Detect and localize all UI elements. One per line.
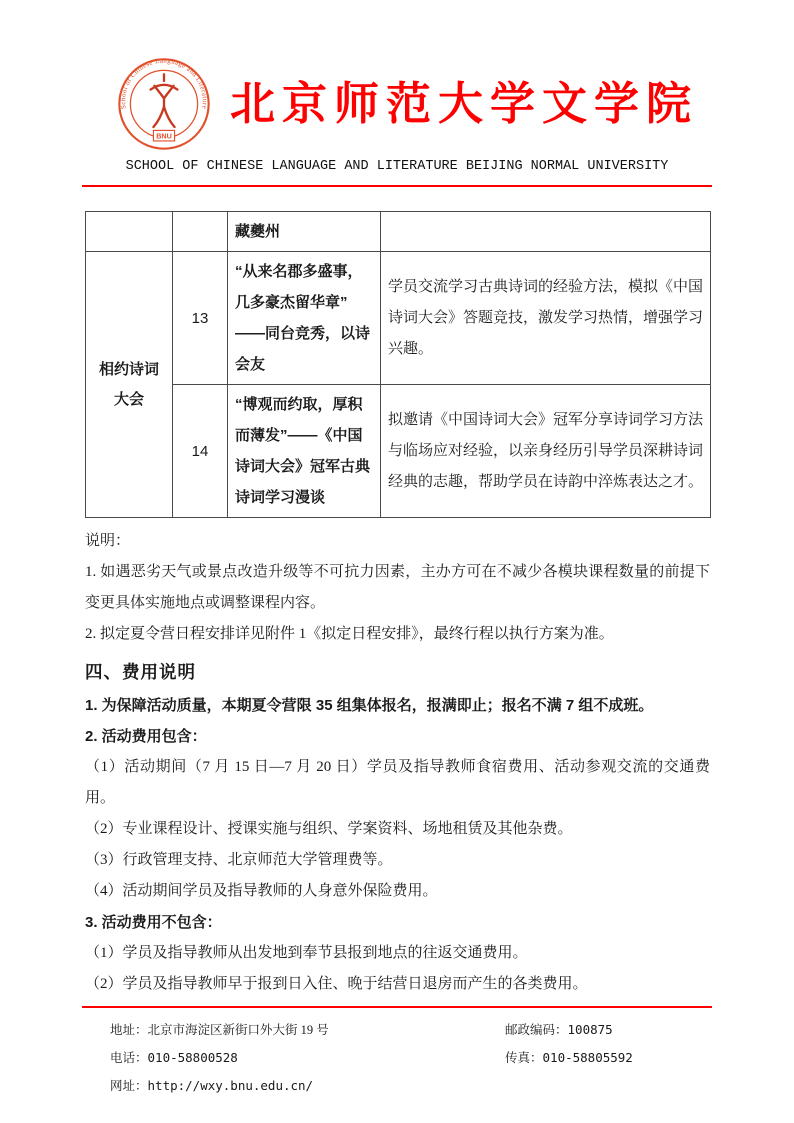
cell-session-desc: 学员交流学习古典诗词的经验方法，模拟《中国诗词大会》答题竞技，激发学习热情，增强… [381, 252, 711, 385]
cell-category-poetry-meet: 相约诗词大会 [86, 252, 173, 518]
footer-row-phone: 电话：010-58800528 传真：010-58805592 [110, 1044, 710, 1072]
notes-section: 说明： 1. 如遇恶劣天气或景点改造升级等不可抗力因素，主办方可在不减少各模块课… [85, 526, 710, 650]
cell-session-number: 13 [173, 252, 228, 385]
fees-includes-label: 2. 活动费用包含： [85, 721, 710, 752]
fees-exclude-item: （2）学员及指导教师早于报到日入住、晚于结营日退房而产生的各类费用。 [85, 969, 710, 1000]
cell-category-empty [86, 212, 173, 252]
fees-include-item: （4）活动期间学员及指导教师的人身意外保险费用。 [85, 876, 710, 907]
document-page: School of Chinese Language and Literatur… [0, 0, 794, 1123]
fax-value: 010-58805592 [543, 1050, 633, 1065]
cell-session-desc: 拟邀请《中国诗词大会》冠军分享诗词学习方法与临场应对经验，以亲身经历引导学员深耕… [381, 385, 711, 518]
cell-session-title: “博观而约取，厚积而薄发”——《中国诗词大会》冠军古典诗词学习漫谈 [228, 385, 381, 518]
fees-exclude-item: （1）学员及指导教师从出发地到奉节县报到地点的往返交通费用。 [85, 938, 710, 969]
address-value: 北京市海淀区新街口外大街 19 号 [148, 1023, 329, 1037]
fax-label: 传真： [505, 1051, 543, 1065]
footer-red-rule [82, 1006, 712, 1008]
header-red-rule [82, 185, 712, 187]
table-row: 藏夔州 [86, 212, 711, 252]
footer-row-website: 网址：http://wxy.bnu.edu.cn/ [110, 1072, 710, 1100]
cell-desc-empty [381, 212, 711, 252]
address-label: 地址： [110, 1023, 148, 1037]
table-row: 相约诗词大会 13 “从来名郡多盛事，几多豪杰留华章”——同台竞秀，以诗会友 学… [86, 252, 711, 385]
note-item: 1. 如遇恶劣天气或景点改造升级等不可抗力因素，主办方可在不减少各模块课程数量的… [85, 557, 710, 619]
phone-label: 电话： [110, 1051, 148, 1065]
note-item: 2. 拟定夏令营日程安排详见附件 1《拟定日程安排》，最终行程以执行方案为准。 [85, 619, 710, 650]
table-row: 14 “博观而约取，厚积而薄发”——《中国诗词大会》冠军古典诗词学习漫谈 拟邀请… [86, 385, 711, 518]
cell-num-empty [173, 212, 228, 252]
fees-section: 四、费用说明 1. 为保障活动质量，本期夏令营限 35 组集体报名，报满即止；报… [85, 659, 710, 1000]
logo-bnu-text: BNU [156, 132, 172, 141]
phone-value: 010-58800528 [148, 1050, 238, 1065]
fees-heading: 四、费用说明 [85, 659, 710, 685]
footer-row-address: 地址：北京市海淀区新街口外大街 19 号 邮政编码：100875 [110, 1016, 710, 1044]
logo-center-glyph-icon [151, 74, 178, 127]
schedule-table: 藏夔州 相约诗词大会 13 “从来名郡多盛事，几多豪杰留华章”——同台竞秀，以诗… [85, 211, 711, 518]
document-footer: 地址：北京市海淀区新街口外大街 19 号 邮政编码：100875 电话：010-… [110, 1016, 710, 1100]
website-label: 网址： [110, 1079, 148, 1093]
website-value: http://wxy.bnu.edu.cn/ [148, 1078, 314, 1093]
cell-session-number: 14 [173, 385, 228, 518]
fees-item-enrollment: 1. 为保障活动质量，本期夏令营限 35 组集体报名，报满即止；报名不满 7 组… [85, 690, 710, 721]
cell-title-partial: 藏夔州 [228, 212, 381, 252]
bnu-school-seal-logo: School of Chinese Language and Literatur… [116, 56, 212, 152]
notes-label: 说明： [85, 526, 710, 557]
fees-excludes-label: 3. 活动费用不包含： [85, 907, 710, 938]
university-subtitle-en: SCHOOL OF CHINESE LANGUAGE AND LITERATUR… [0, 159, 794, 174]
document-header: School of Chinese Language and Literatur… [0, 0, 794, 152]
fees-include-item: （2）专业课程设计、授课实施与组织、学案资料、场地租赁及其他杂费。 [85, 814, 710, 845]
fees-include-item: （1）活动期间（7 月 15 日—7 月 20 日）学员及指导教师食宿费用、活动… [85, 752, 710, 814]
university-title-cn: 北京师范大学文学院 [218, 79, 710, 129]
postcode-value: 100875 [568, 1022, 613, 1037]
cell-session-title: “从来名郡多盛事，几多豪杰留华章”——同台竞秀，以诗会友 [228, 252, 381, 385]
fees-include-item: （3）行政管理支持、北京师范大学管理费等。 [85, 845, 710, 876]
header-title-wrap: 北京师范大学文学院 [212, 79, 710, 129]
postcode-label: 邮政编码： [505, 1023, 568, 1037]
